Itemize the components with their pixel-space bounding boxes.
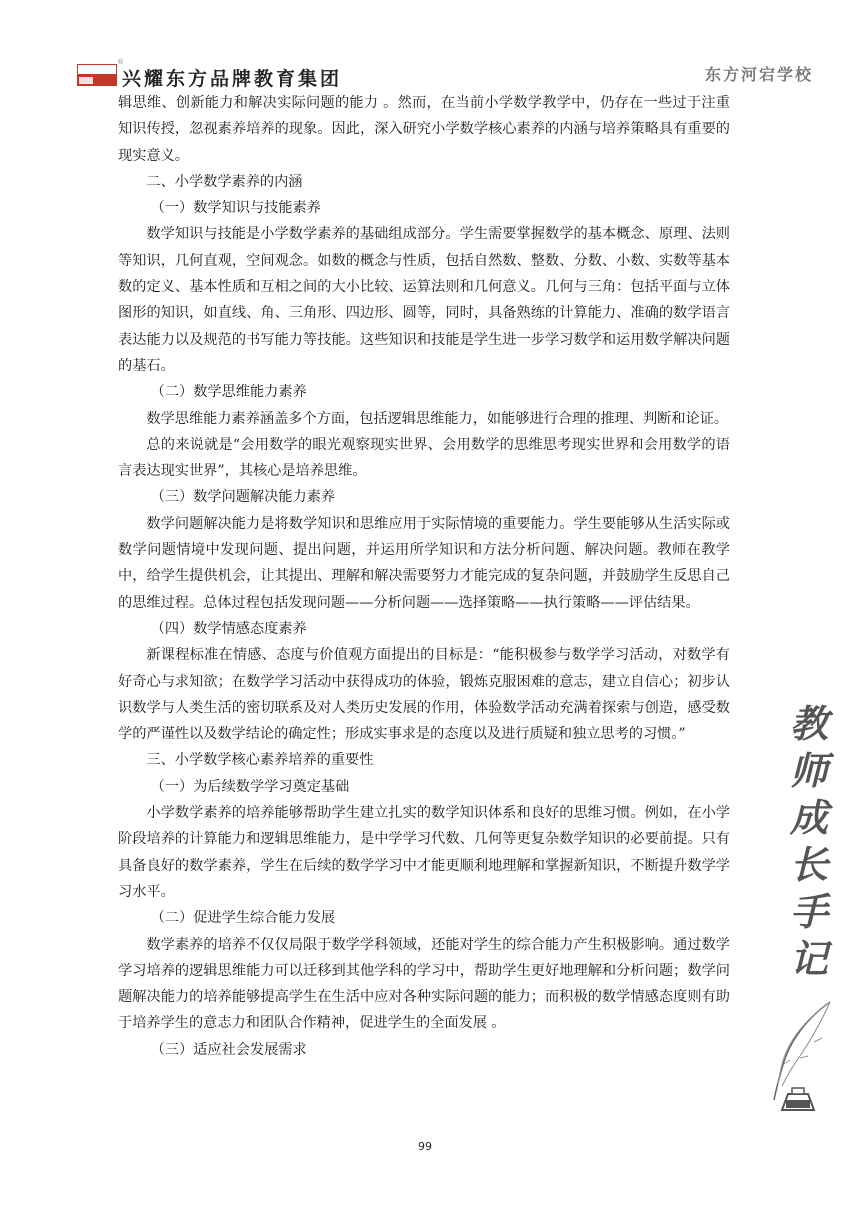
subsection-heading: （二）数学思维能力素养 <box>118 379 730 405</box>
calligraphy-char: 教 <box>784 700 834 747</box>
school-name: 东方河宕学校 <box>705 62 813 85</box>
subsection-heading: （四）数学情感态度素养 <box>118 616 730 642</box>
paragraph: 辑思维、创新能力和解决实际问题的能力 。然而，在当前小学数学教学中，仍存在一些过… <box>118 90 730 169</box>
quill-inkwell-icon <box>760 998 840 1118</box>
brand-logo-icon: ® <box>77 64 117 86</box>
calligraphy-char: 长 <box>784 841 834 888</box>
section-heading: 二、小学数学素养的内涵 <box>118 169 730 195</box>
paragraph: 数学问题解决能力是将数学知识和思维应用于实际情境的重要能力。学生要能够从生活实际… <box>118 511 730 616</box>
page-number: 99 <box>0 1140 850 1153</box>
calligraphy-char: 记 <box>784 935 834 982</box>
article-body: 辑思维、创新能力和解决实际问题的能力 。然而，在当前小学数学教学中，仍存在一些过… <box>118 90 730 1063</box>
subsection-heading: （一）为后续数学学习奠定基础 <box>118 774 730 800</box>
subsection-heading: （三）适应社会发展需求 <box>118 1037 730 1063</box>
calligraphy-char: 师 <box>784 747 834 794</box>
brand-name: 兴耀东方品牌教育集团 <box>122 64 342 91</box>
paragraph: 数学思维能力素养涵盖多个方面，包括逻辑思维能力，如能够进行合理的推理、判断和论证… <box>118 406 730 432</box>
paragraph: 小学数学素养的培养能够帮助学生建立扎实的数学知识体系和良好的思维习惯。例如，在小… <box>118 800 730 905</box>
section-heading: 三、小学数学核心素养培养的重要性 <box>118 747 730 773</box>
subsection-heading: （二）促进学生综合能力发展 <box>118 905 730 931</box>
paragraph: 数学知识与技能是小学数学素养的基础组成部分。学生需要掌握数学的基本概念、原理、法… <box>118 221 730 379</box>
paragraph: 总的来说就是“会用数学的眼光观察现实世界、会用数学的思维思考现实世界和会用数学的… <box>118 432 730 485</box>
paragraph: 新课程标准在情感、态度与价值观方面提出的目标是：“能积极参与数学学习活动，对数学… <box>118 642 730 747</box>
page-header: ® 兴耀东方品牌教育集团 东方河宕学校 <box>0 0 850 92</box>
subsection-heading: （三）数学问题解决能力素养 <box>118 484 730 510</box>
calligraphy-char: 手 <box>784 888 834 935</box>
calligraphy-char: 成 <box>784 794 834 841</box>
subsection-heading: （一）数学知识与技能素养 <box>118 195 730 221</box>
paragraph: 数学素养的培养不仅仅局限于数学学科领域，还能对学生的综合能力产生积极影响。通过数… <box>118 932 730 1037</box>
calligraphy-title: 教 师 成 长 手 记 <box>784 700 834 982</box>
